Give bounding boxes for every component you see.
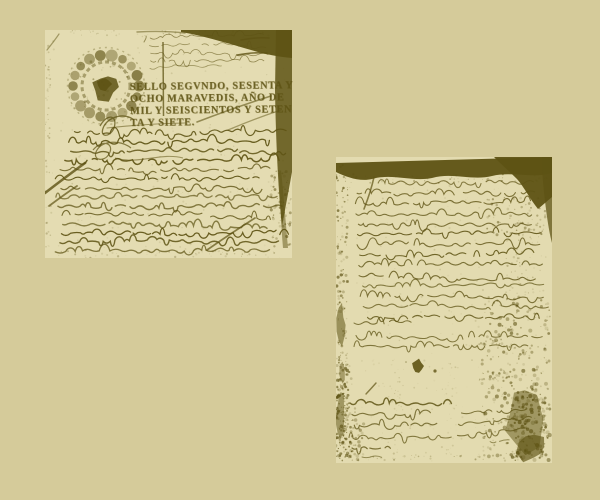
printed-sello-heading: SELLO SEGVNDO, SESENTA Y OCHO MARAVEDIS,… xyxy=(130,80,292,130)
sello-heading-line: MIL Y SEISCIENTOS Y SETEN xyxy=(130,104,292,118)
cursive-text-block xyxy=(55,126,288,255)
left-document-artwork xyxy=(45,30,292,258)
left-manuscript-document: SELLO SEGVNDO, SESENTA Y OCHO MARAVEDIS,… xyxy=(45,30,292,258)
ink-blot xyxy=(405,359,436,373)
right-document-artwork xyxy=(336,157,552,463)
sello-heading-line: TA Y SIETE. xyxy=(130,116,292,130)
edge-damage-smudges xyxy=(336,157,552,462)
right-manuscript-document xyxy=(336,157,552,463)
cursive-paragraph xyxy=(355,177,548,322)
